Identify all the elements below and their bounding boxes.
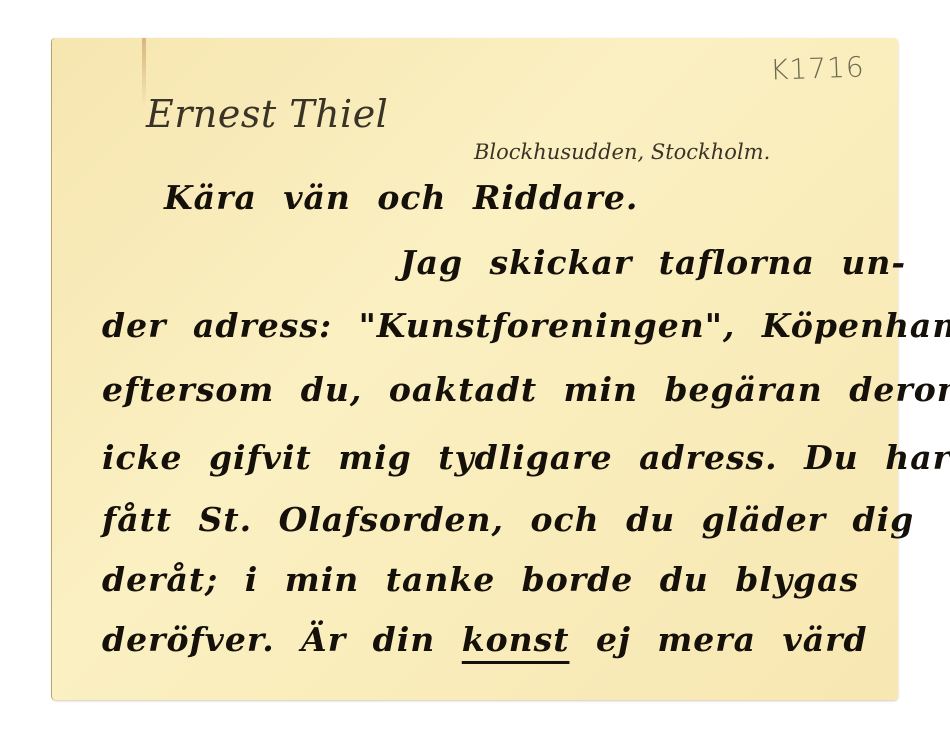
letter-card: K1716 Ernest Thiel Blockhusudden, Stockh… [52,38,898,700]
underlined-word: konst [462,620,570,659]
text-segment: ej mera värd [569,620,867,659]
letterhead-address: Blockhusudden, Stockholm. [474,140,770,164]
letterhead-name: Ernest Thiel [146,92,388,136]
letter-line: fått St. Olafsorden, och du gläder dig [102,500,914,539]
letter-line-last: deröfver. Är din konst ej mera värd [102,620,868,659]
salutation: Kära vän och Riddare. [164,178,638,217]
letter-line: der adress: "Kunstforeningen", Köpenhamn… [102,306,950,345]
letter-line: deråt; i min tanke borde du blygas [102,560,859,599]
archive-number: K1716 [769,50,865,86]
text-segment: deröfver. Är din [102,620,462,659]
letter-line: Jag skickar taflorna un- [400,243,906,282]
letter-line: icke gifvit mig tydligare adress. Du har [102,438,950,477]
letter-line: eftersom du, oaktadt min begäran derom, [102,370,950,409]
